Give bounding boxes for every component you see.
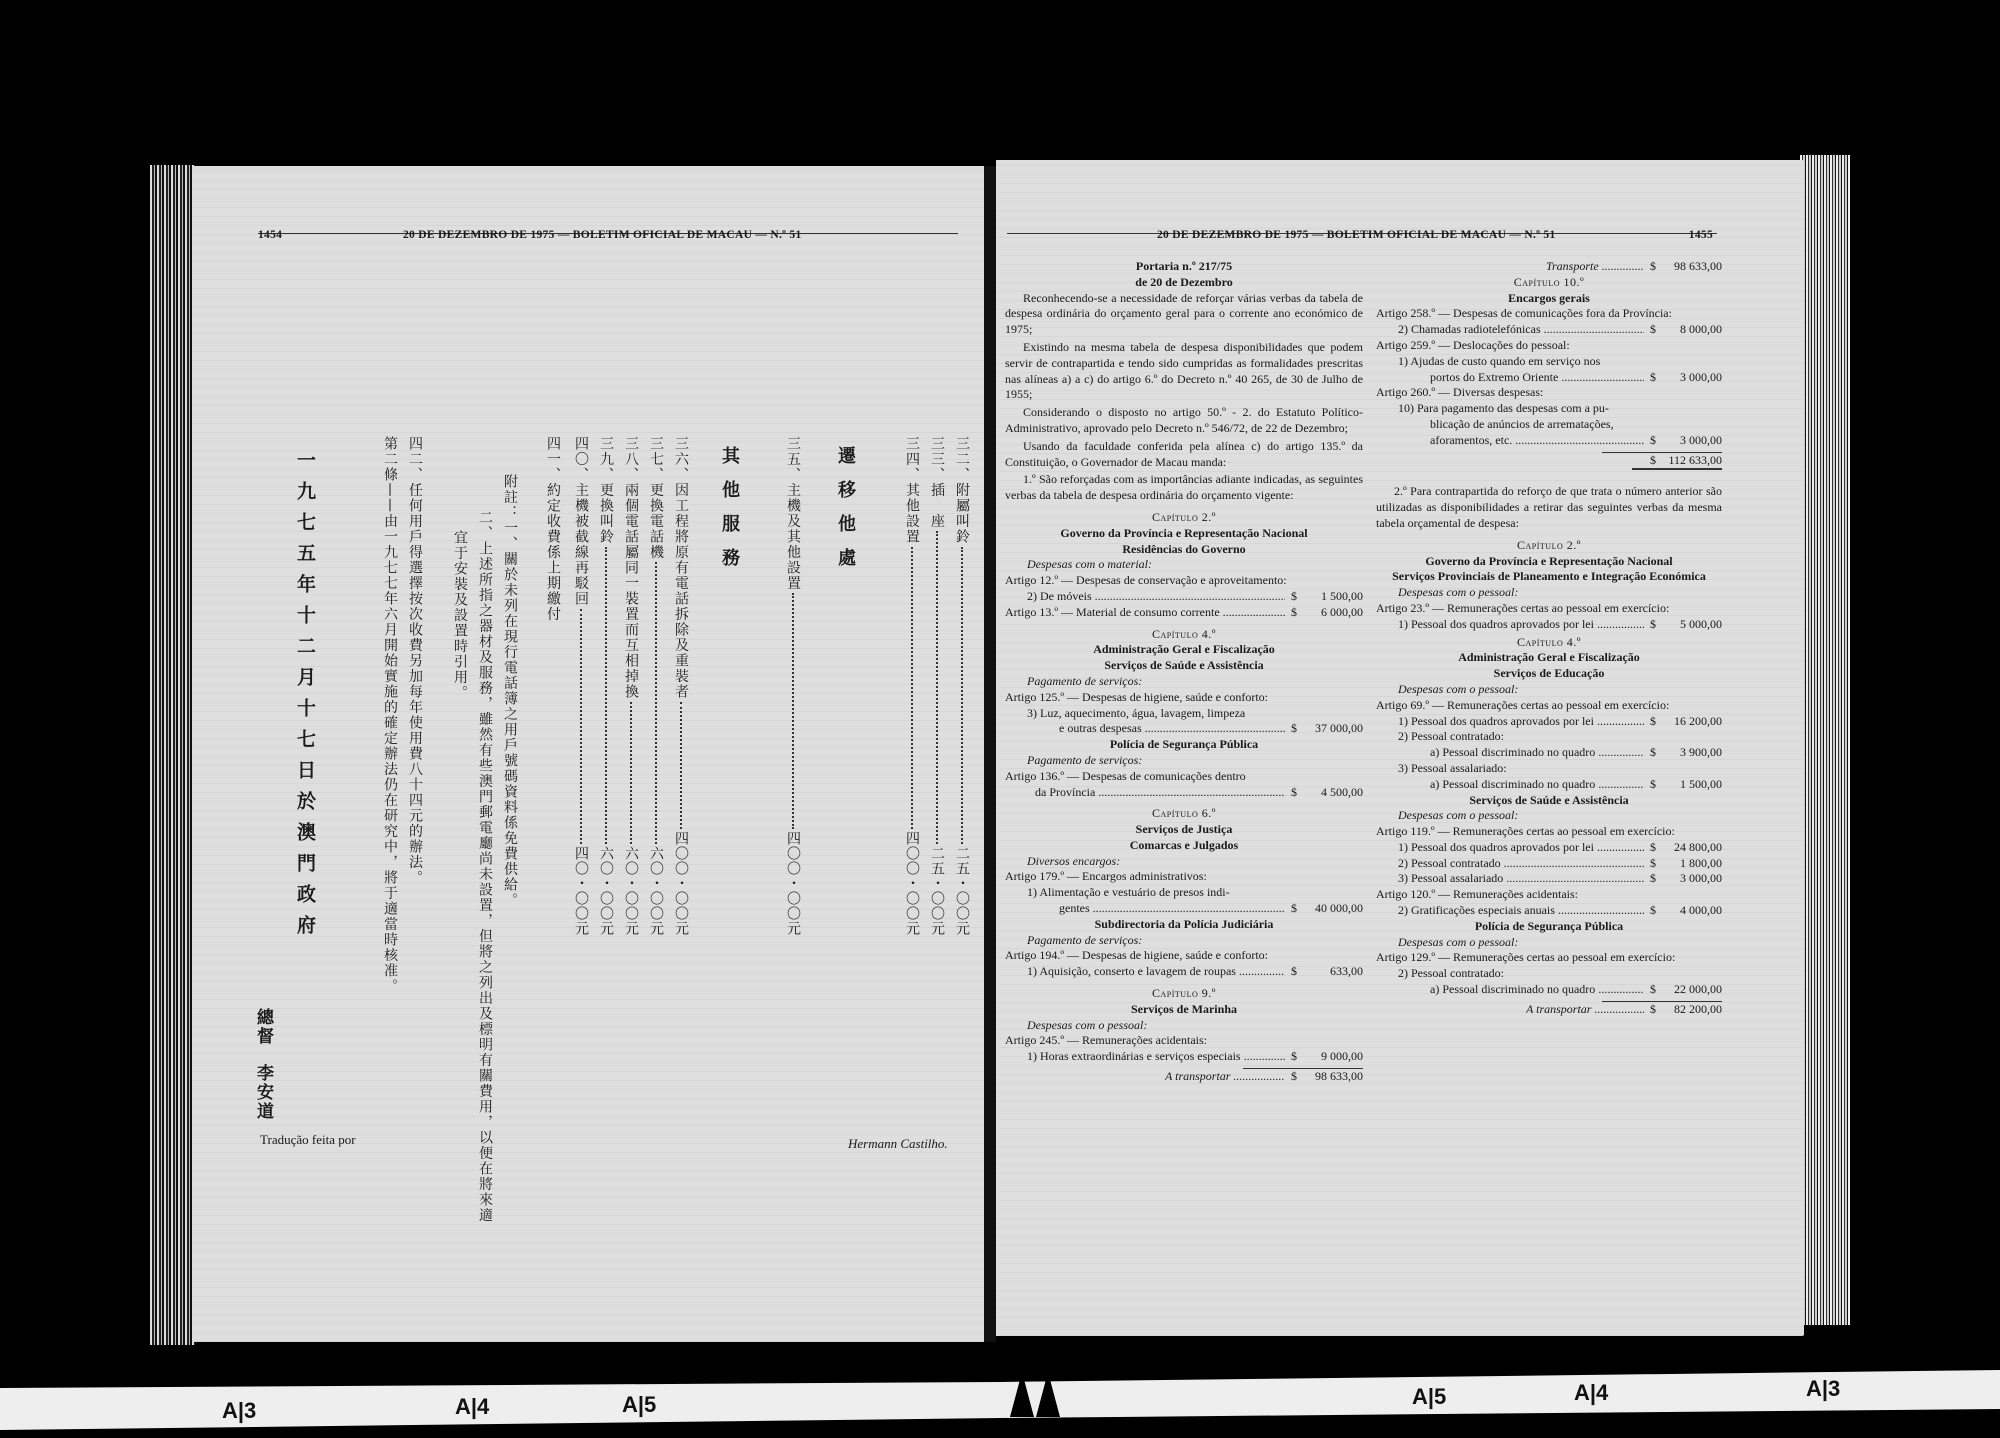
section-title: Serviços de Marinha	[1005, 1002, 1363, 1018]
article: Artigo 23.º — Remunerações certas ao pes…	[1376, 601, 1722, 617]
line-item: 2) Pessoal contratado:	[1376, 729, 1722, 745]
article: Artigo 194.º — Despesas de higiene, saúd…	[1005, 948, 1363, 964]
budget-line: 2) Gratificações especiais anuais$4 000,…	[1376, 903, 1722, 919]
list-item: 三六、因工程將原有電話拆除及重裝者四〇〇・〇〇元	[671, 436, 691, 936]
film-marker: A|5	[1412, 1384, 1446, 1410]
total-line: $112 633,00	[1632, 453, 1722, 471]
budget-line: da Província$4 500,00	[1005, 785, 1363, 801]
running-head-left: 1454 20 DE DEZEMBRO DE 1975 — BOLETIM OF…	[258, 229, 958, 234]
article: Artigo 260.º — Diversas despesas:	[1376, 385, 1722, 401]
note-2: 二、上述所指之器材及服務，雖然有些澳門郵電廳尚未設置，但將之列出及標明有關費用，…	[478, 510, 492, 1223]
article: Artigo 12.º — Despesas de conservação e …	[1005, 573, 1363, 589]
section-title: Administração Geral e Fiscalização	[1376, 650, 1722, 666]
film-marker: A|4	[455, 1394, 489, 1420]
paragraph-2: 2.º Para contrapartida do reforço de que…	[1376, 484, 1722, 531]
chapter-heading: Capítulo 2.º	[1376, 538, 1722, 554]
list-item: 三二、附屬叫鈴二五・〇〇元	[952, 436, 972, 936]
section-title: Serviços de Saúde e Assistência	[1005, 658, 1363, 674]
preamble-4: Usando da faculdade conferida pela alíne…	[1005, 439, 1363, 471]
film-marker: A|4	[1574, 1380, 1608, 1406]
gutter-notch	[1036, 1372, 1060, 1417]
section-title: Serviços de Educação	[1376, 666, 1722, 682]
budget-line: 1) Pessoal dos quadros aprovados por lei…	[1376, 714, 1722, 730]
article: Artigo 129.º — Remunerações certas ao pe…	[1376, 950, 1722, 966]
list-item: 三四、其他設置四〇〇・〇〇元	[902, 436, 922, 936]
date-line: 一九七五年十二月十七日於澳門政府	[295, 450, 314, 946]
line-item: 1) Alimentação e vestuário de presos ind…	[1005, 885, 1363, 901]
line-item: 10) Para pagamento das despesas com a pu…	[1376, 401, 1722, 417]
book-edge-left	[150, 165, 195, 1345]
carry-forward: A transportar$82 200,00	[1376, 1002, 1722, 1018]
column-right: Transporte$98 633,00 Capítulo 10.º Encar…	[1376, 259, 1722, 1018]
preamble-3: Considerando o disposto no artigo 50.º -…	[1005, 405, 1363, 437]
section-title: Residências do Governo	[1005, 542, 1363, 558]
article: Artigo 120.º — Remunerações acidentais:	[1376, 887, 1722, 903]
chapter-heading: Capítulo 2.º	[1005, 510, 1363, 526]
subheading: Despesas com o pessoal:	[1376, 585, 1722, 601]
running-head-right: 20 DE DEZEMBRO DE 1975 — BOLETIM OFICIAL…	[1007, 229, 1717, 234]
section-title: Polícia de Segurança Pública	[1005, 737, 1363, 753]
line-item: 3) Luz, aquecimento, água, lavagem, limp…	[1005, 706, 1363, 722]
section-title: Comarcas e Julgados	[1005, 838, 1363, 854]
section-heading: 遷移他處	[836, 446, 854, 582]
budget-line: aforamentos, etc.$3 000,00	[1376, 433, 1722, 449]
section-heading: 其他服務	[720, 446, 738, 582]
translation-note: Tradução feita por	[260, 1132, 356, 1148]
section-title: Governo da Província e Representação Nac…	[1005, 526, 1363, 542]
film-strip	[0, 1370, 2000, 1430]
governor-name: 李安道	[254, 1064, 271, 1121]
article-2: 第二條——由一九七七年六月開始實施的確定辦法仍在研究中，將于適當時核准。	[383, 436, 397, 994]
portaria-date: de 20 de Dezembro	[1005, 275, 1363, 291]
column-left: Portaria n.º 217/75 de 20 de Dezembro Re…	[1005, 259, 1363, 1085]
item-42: 四二、任何用戶得選擇按次收費另加每年使用費八十四元的辦法。	[408, 436, 422, 886]
article: Artigo 136.º — Despesas de comunicações …	[1005, 769, 1363, 785]
chapter-heading: Capítulo 9.º	[1005, 986, 1363, 1002]
budget-line: a) Pessoal discriminado no quadro$1 500,…	[1376, 777, 1722, 793]
budget-line: 2) De móveis$1 500,00	[1005, 589, 1363, 605]
article: Artigo 245.º — Remunerações acidentais:	[1005, 1033, 1363, 1049]
subheading: Despesas com o material:	[1005, 557, 1363, 573]
subheading: Diversos encargos:	[1005, 854, 1363, 870]
article: Artigo 258.º — Despesas de comunicações …	[1376, 306, 1722, 322]
budget-line: 2) Pessoal contratado$1 800,00	[1376, 856, 1722, 872]
section-title: Serviços de Saúde e Assistência	[1376, 793, 1722, 809]
preamble-2: Existindo na mesma tabela de despesa dis…	[1005, 340, 1363, 403]
list-item: 三三、插 座二五・〇〇元	[927, 436, 947, 936]
list-item: 四〇、主機被截線再駁回四〇・〇〇元	[571, 436, 591, 936]
chapter-heading: Capítulo 4.º	[1376, 635, 1722, 651]
article: Artigo 119.º — Remunerações certas ao pe…	[1376, 824, 1722, 840]
chapter-heading: Capítulo 10.º	[1376, 275, 1722, 291]
section-title: Encargos gerais	[1376, 291, 1722, 307]
transport-line: Transporte$98 633,00	[1376, 259, 1722, 275]
line-item: 1) Ajudas de custo quando em serviço nos	[1376, 354, 1722, 370]
subheading: Despesas com o pessoal:	[1376, 682, 1722, 698]
subheading: Pagamento de serviços:	[1005, 674, 1363, 690]
budget-line: gentes$40 000,00	[1005, 901, 1363, 917]
section-title: Serviços de Justiça	[1005, 822, 1363, 838]
budget-line: a) Pessoal discriminado no quadro$22 000…	[1376, 982, 1722, 998]
chapter-heading: Capítulo 4.º	[1005, 627, 1363, 643]
page-number: 1454	[258, 229, 282, 241]
list-item: 三七、更換電話機六〇・〇〇元	[646, 436, 666, 936]
budget-line: 1) Pessoal dos quadros aprovados por lei…	[1376, 840, 1722, 856]
list-item: 四一、約定收費係上期繳付	[546, 436, 560, 622]
budget-line: portos do Extremo Oriente$3 000,00	[1376, 370, 1722, 386]
section-title: Administração Geral e Fiscalização	[1005, 642, 1363, 658]
budget-line: 1) Pessoal dos quadros aprovados por lei…	[1376, 617, 1722, 633]
section-title: Governo da Província e Representação Nac…	[1376, 554, 1722, 570]
subheading: Despesas com o pessoal:	[1376, 935, 1722, 951]
article: Artigo 125.º — Despesas de higiene, saúd…	[1005, 690, 1363, 706]
budget-line: 1) Aquisição, conserto e lavagem de roup…	[1005, 964, 1363, 980]
film-marker: A|5	[622, 1392, 656, 1418]
budget-line: 2) Chamadas radiotelefónicas$8 000,00	[1376, 322, 1722, 338]
subheading: Pagamento de serviços:	[1005, 753, 1363, 769]
chapter-heading: Capítulo 6.º	[1005, 806, 1363, 822]
preamble-5: 1.º São reforçadas com as importâncias a…	[1005, 472, 1363, 504]
list-item: 三八、兩個電話屬同一裝置而互相掉換六〇・〇〇元	[621, 436, 641, 936]
page-number: 1455	[1689, 229, 1713, 241]
translator-name: Hermann Castilho.	[848, 1136, 948, 1152]
article: Artigo 69.º — Remunerações certas ao pes…	[1376, 698, 1722, 714]
budget-line: Artigo 13.º — Material de consumo corren…	[1005, 605, 1363, 621]
budget-line: e outras despesas$37 000,00	[1005, 721, 1363, 737]
gutter	[984, 166, 996, 1342]
film-marker: A|3	[222, 1398, 256, 1424]
section-title: Polícia de Segurança Pública	[1376, 919, 1722, 935]
section-title: Subdirectoria da Polícia Judiciária	[1005, 917, 1363, 933]
subheading: Despesas com o pessoal:	[1005, 1018, 1363, 1034]
subheading: Despesas com o pessoal:	[1376, 808, 1722, 824]
line-item: 2) Pessoal contratado:	[1376, 966, 1722, 982]
portaria-title: Portaria n.º 217/75	[1005, 259, 1363, 275]
note-3: 宜于安裝及設置時引用。	[453, 530, 467, 701]
section-title: Serviços Provinciais de Planeamento e In…	[1376, 569, 1722, 585]
governor-title: 總督	[254, 1008, 271, 1046]
preamble-1: Reconhecendo-se a necessidade de reforça…	[1005, 291, 1363, 338]
budget-line: a) Pessoal discriminado no quadro$3 900,…	[1376, 745, 1722, 761]
line-item: blicação de anúncios de arrematações,	[1376, 417, 1722, 433]
budget-line: 3) Pessoal assalariado$3 000,00	[1376, 871, 1722, 887]
list-item: 三九、更換叫鈴六〇・〇〇元	[596, 436, 616, 936]
article: Artigo 179.º — Encargos administrativos:	[1005, 869, 1363, 885]
running-head-title: 20 DE DEZEMBRO DE 1975 — BOLETIM OFICIAL…	[1157, 229, 1556, 241]
line-item: 3) Pessoal assalariado:	[1376, 761, 1722, 777]
carry-forward: A transportar$98 633,00	[1005, 1069, 1363, 1085]
book-edge-right	[1800, 155, 1850, 1325]
article: Artigo 259.º — Deslocações do pessoal:	[1376, 338, 1722, 354]
running-head-title: 20 DE DEZEMBRO DE 1975 — BOLETIM OFICIAL…	[403, 229, 802, 241]
subheading: Pagamento de serviços:	[1005, 933, 1363, 949]
film-marker: A|3	[1806, 1376, 1840, 1402]
gutter-notch	[1010, 1372, 1034, 1417]
note-1: 附註：一、關於未列在現行電話簿之用戶號碼資料係免費供給。	[503, 474, 517, 908]
budget-line: 1) Horas extraordinárias e serviços espe…	[1005, 1049, 1363, 1065]
list-item: 三五、主機及其他設置四〇〇・〇〇元	[783, 436, 803, 936]
